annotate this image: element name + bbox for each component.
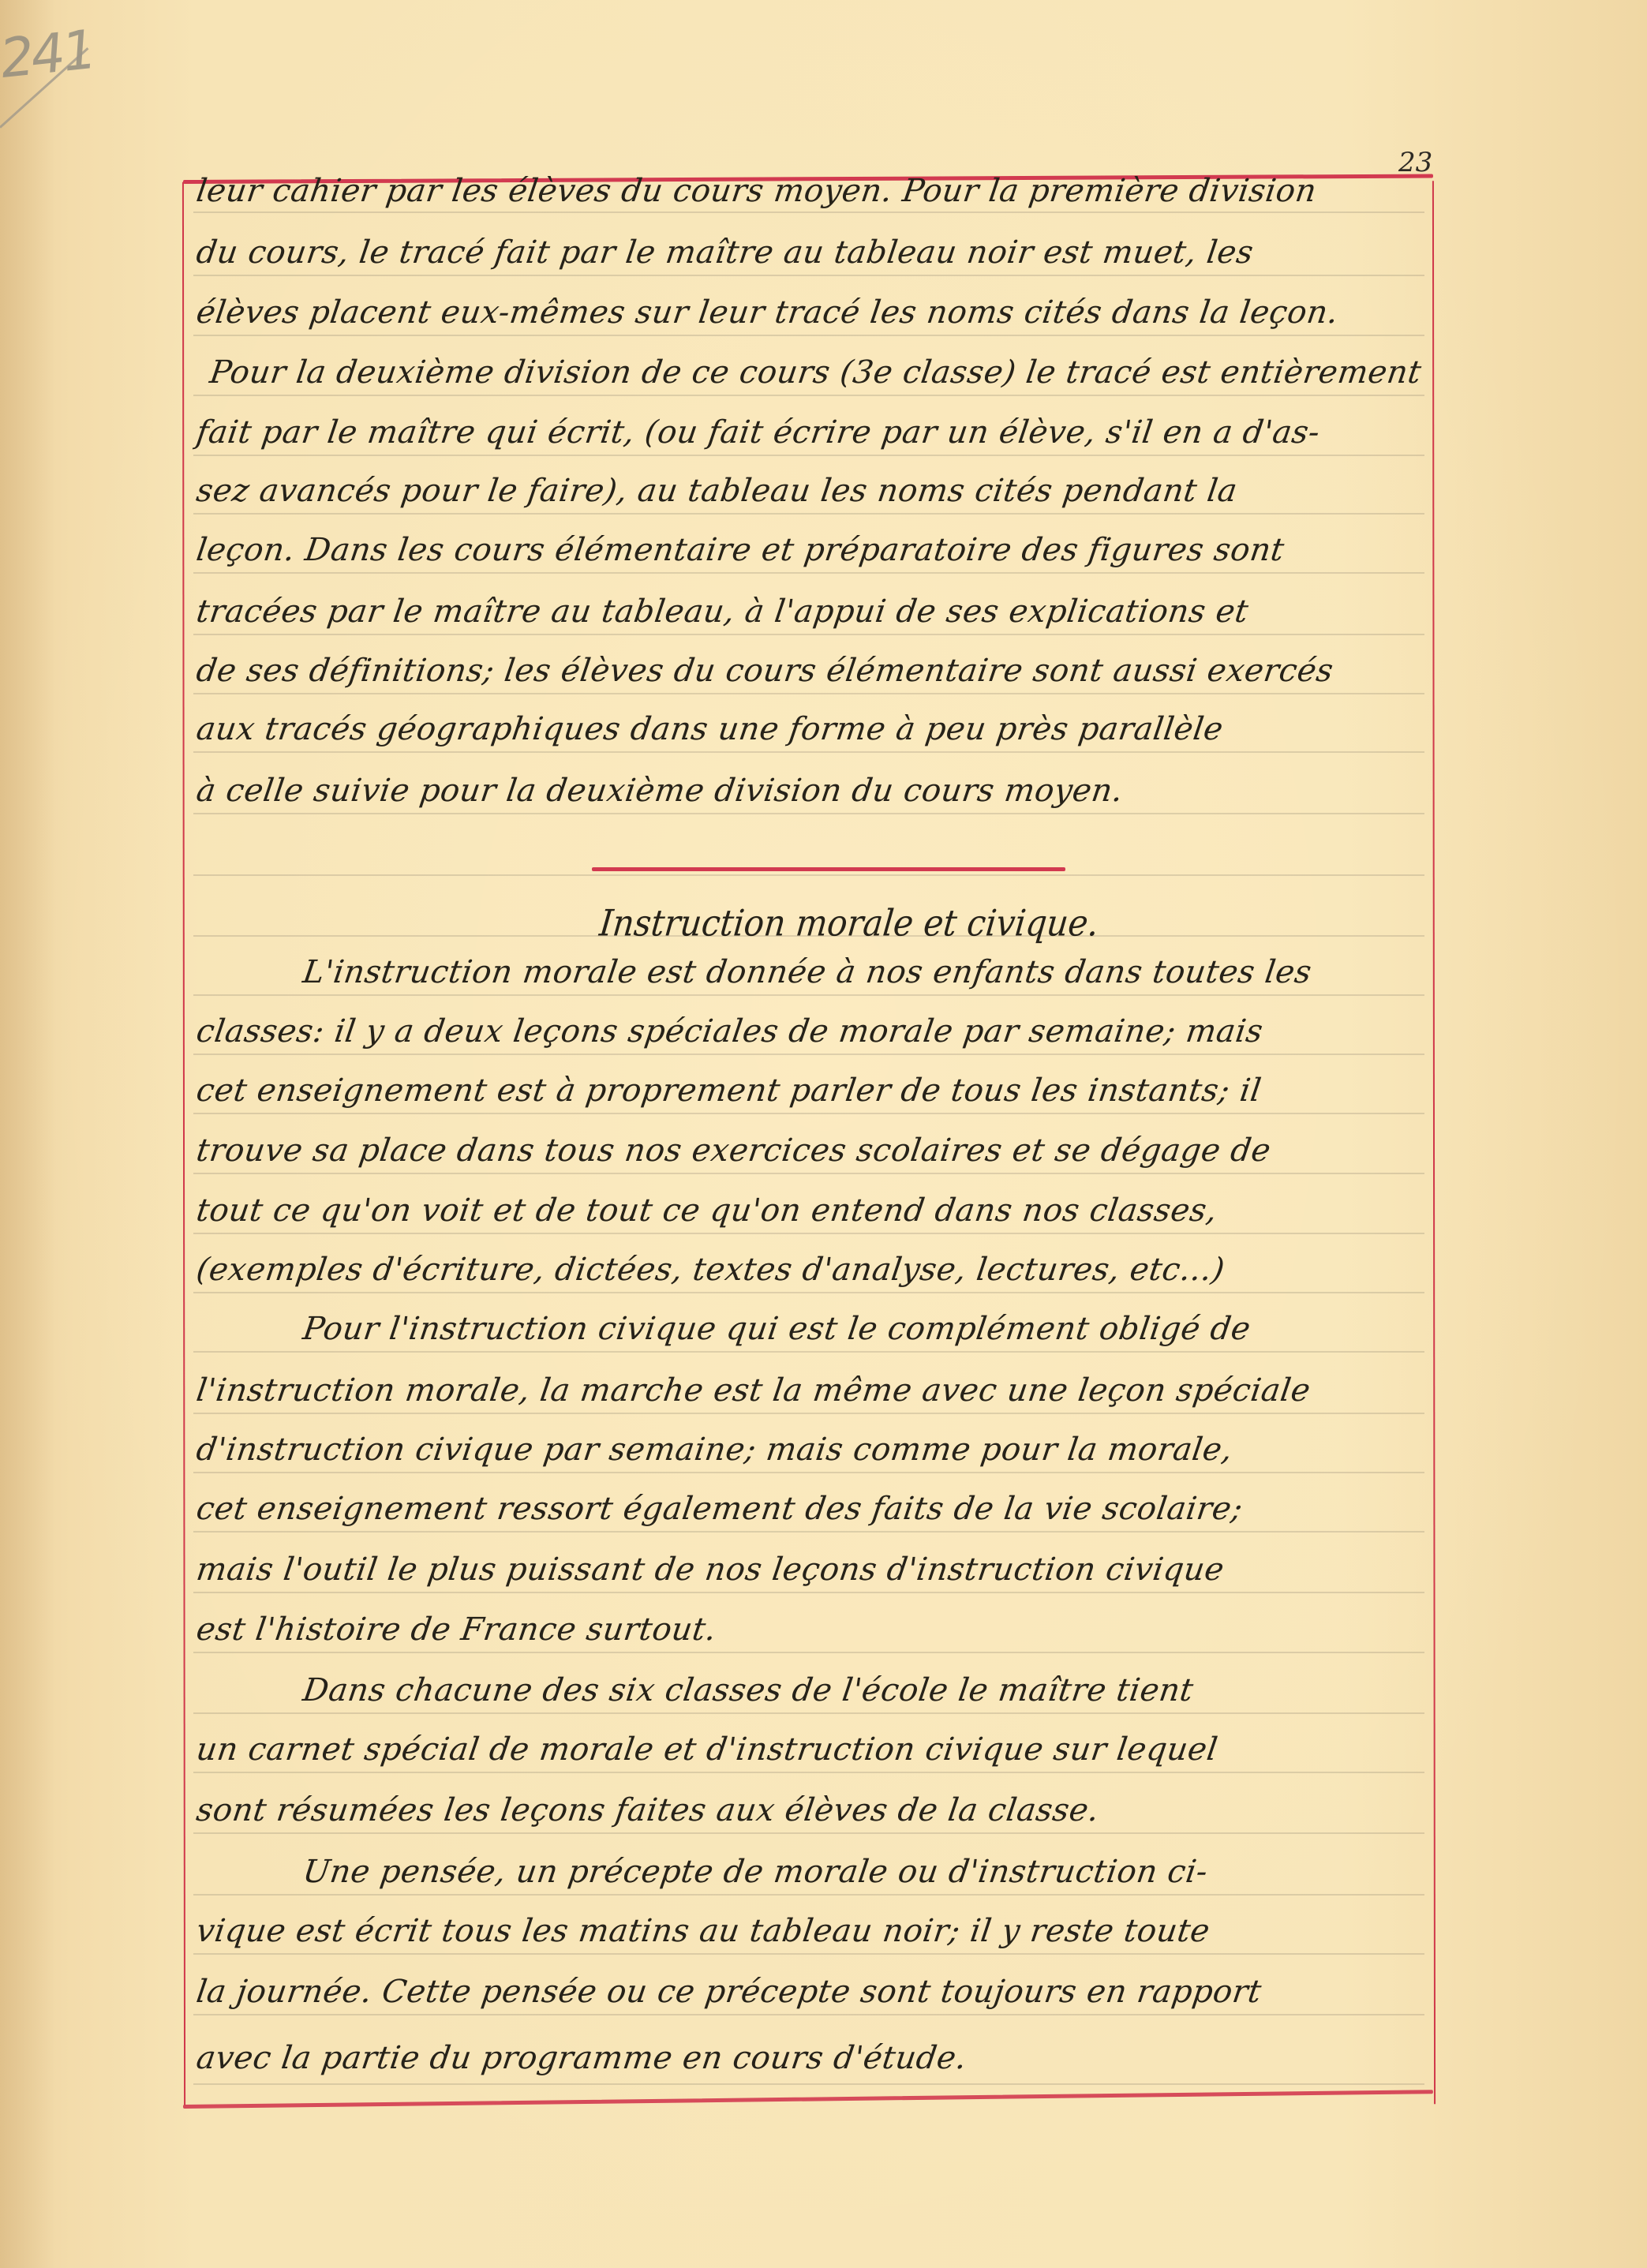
text-line: vique est écrit tous les matins au table… — [193, 1907, 1431, 1955]
text-line: un carnet spécial de morale et d'instruc… — [193, 1726, 1431, 1773]
text-line: cet enseignement ressort également des f… — [193, 1485, 1431, 1533]
text-line: du cours, le tracé fait par le maître au… — [193, 229, 1431, 276]
text-line: classes: il y a deux leçons spéciales de… — [193, 1008, 1431, 1055]
section-heading: Instruction morale et civique. — [597, 897, 1155, 949]
text-line: cet enseignement est à proprement parler… — [193, 1067, 1431, 1114]
text-line: la journée. Cette pensée ou ce précepte … — [193, 1968, 1431, 2015]
text-line: tout ce qu'on voit et de tout ce qu'on e… — [193, 1187, 1431, 1234]
text-line: de ses définitions; les élèves du cours … — [193, 647, 1431, 694]
text-line: est l'histoire de France surtout. — [193, 1606, 1431, 1653]
text-line: leçon. Dans les cours élémentaire et pré… — [193, 526, 1431, 574]
text-line: élèves placent eux-mêmes sur leur tracé … — [193, 289, 1431, 336]
page-binding-shadow — [0, 0, 55, 2268]
text-line: avec la partie du programme en cours d'é… — [193, 2034, 1431, 2082]
text-line: trouve sa place dans tous nos exercices … — [193, 1127, 1431, 1174]
text-line: sont résumées les leçons faites aux élèv… — [193, 1787, 1431, 1834]
text-line: Pour l'instruction civique qui est le co… — [300, 1305, 1431, 1353]
text-line: fait par le maître qui écrit, (ou fait é… — [193, 409, 1431, 456]
text-line: Dans chacune des six classes de l'école … — [300, 1667, 1431, 1714]
text-line: Pour la deuxième division de ce cours (3… — [207, 349, 1444, 396]
text-line: Une pensée, un précepte de morale ou d'i… — [300, 1848, 1431, 1896]
text-line: sez avancés pour le faire), au tableau l… — [193, 467, 1431, 515]
text-line: mais l'outil le plus puissant de nos leç… — [193, 1546, 1431, 1593]
text-line: leur cahier par les élèves du cours moye… — [193, 167, 1431, 215]
text-line: l'instruction morale, la marche est la m… — [193, 1367, 1431, 1414]
text-line: tracées par le maître au tableau, à l'ap… — [193, 588, 1431, 635]
text-line: à celle suivie pour la deuxième division… — [193, 767, 1431, 814]
ruled-line — [193, 874, 1424, 876]
text-line: d'instruction civique par semaine; mais … — [193, 1426, 1431, 1473]
text-line: (exemples d'écriture, dictées, textes d'… — [193, 1246, 1431, 1293]
text-line: L'instruction morale est donnée à nos en… — [300, 949, 1431, 996]
ruled-line — [193, 2083, 1424, 2085]
text-line: aux tracés géographiques dans une forme … — [193, 705, 1431, 753]
section-divider-red-rule — [592, 867, 1065, 871]
